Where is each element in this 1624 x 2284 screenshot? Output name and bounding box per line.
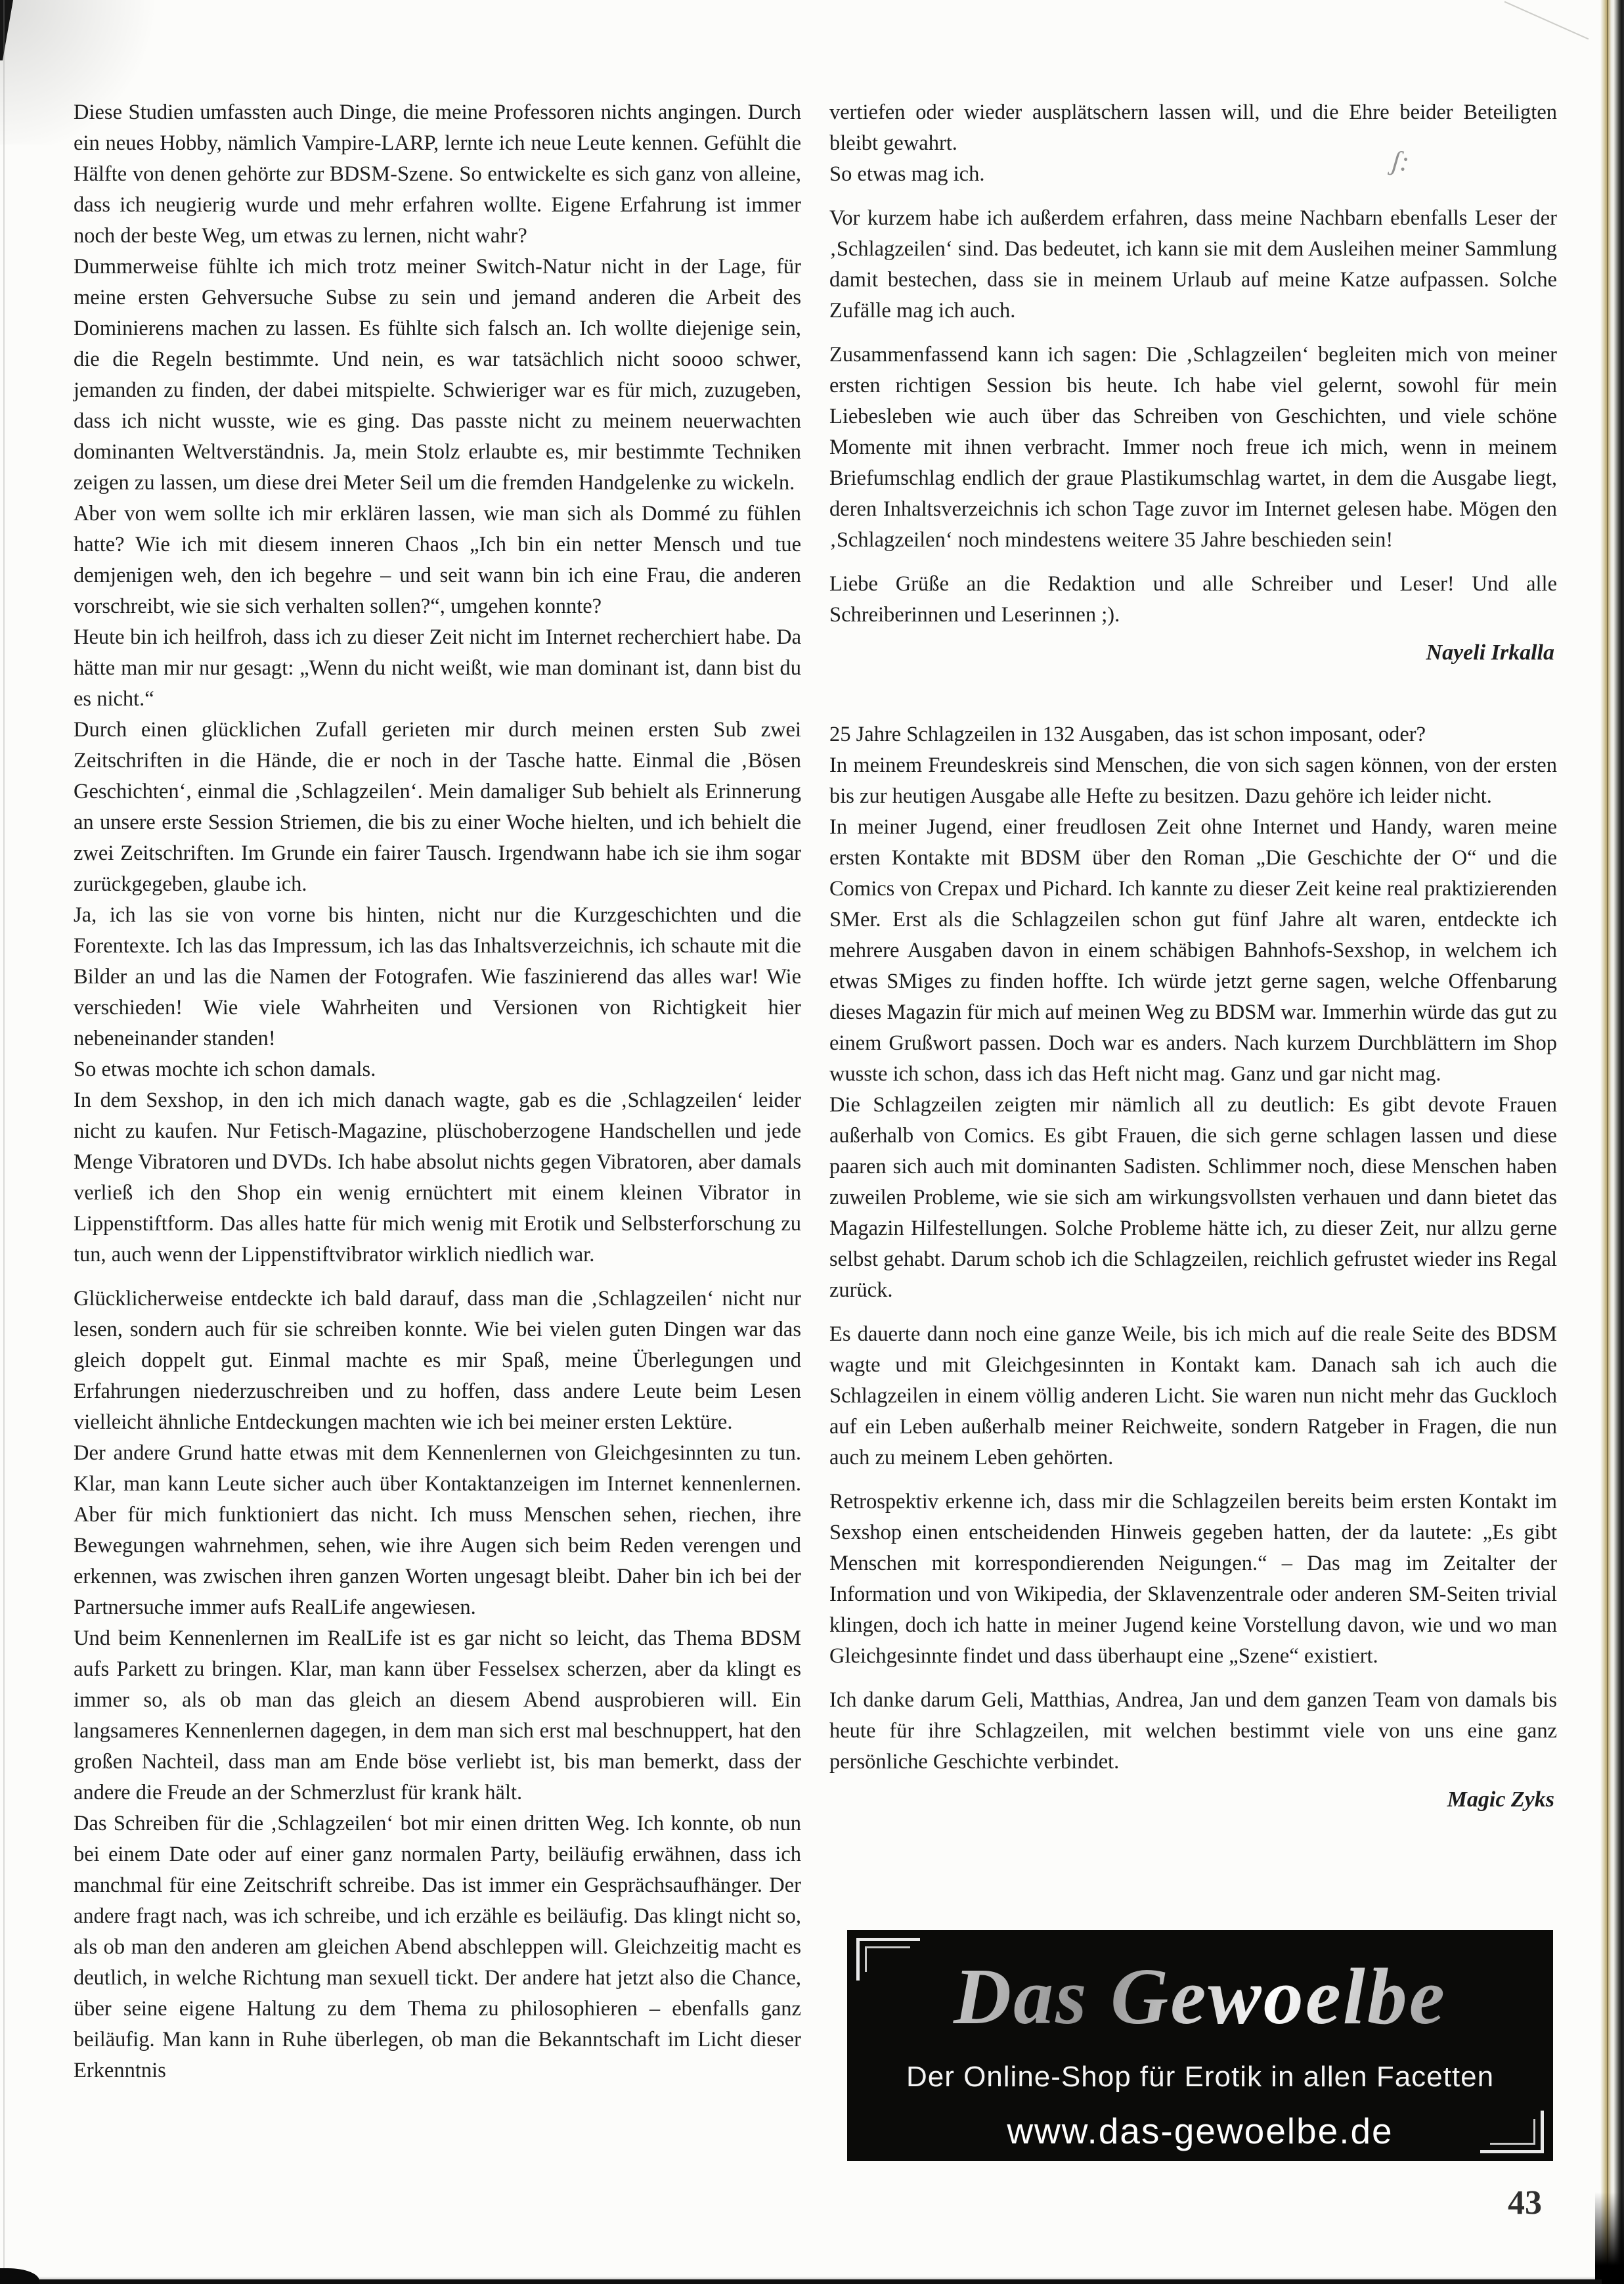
scan-edge-shadow: [1595, 2192, 1624, 2284]
paragraph: Vor kurzem habe ich außerdem erfahren, d…: [829, 203, 1557, 326]
scan-left-edge-line: [3, 0, 5, 2284]
paragraph: Heute bin ich heilfroh, dass ich zu dies…: [74, 622, 801, 715]
section-spacer: [829, 668, 1557, 719]
ad-corner-ornament-bottom-right: [1480, 2111, 1544, 2153]
scan-bottom-corner-mark: [0, 2268, 39, 2284]
magazine-page: ʃ: Diese Studien umfassten auch Dinge, d…: [0, 0, 1624, 2284]
author-signature: Nayeli Irkalla: [829, 637, 1557, 668]
paragraph: In meiner Jugend, einer freudlosen Zeit …: [829, 812, 1557, 1090]
paragraph: In dem Sexshop, in den ich mich danach w…: [74, 1085, 801, 1270]
paragraph-block: vertiefen oder wieder ausplätschern lass…: [829, 97, 1557, 190]
paragraph: Zusammenfassend kann ich sagen: Die ‚Sch…: [829, 340, 1557, 556]
paragraph: Aber von wem sollte ich mir erklären las…: [74, 499, 801, 622]
ad-subtitle: Der Online-Shop für Erotik in allen Face…: [847, 2061, 1553, 2093]
paragraph: In meinem Freundeskreis sind Menschen, d…: [829, 750, 1557, 812]
ad-das-gewoelbe: Das Gewoelbe Der Online-Shop für Erotik …: [847, 1930, 1553, 2161]
scan-page-edge-line: [1607, 0, 1608, 2284]
paragraph-block: Diese Studien umfassten auch Dinge, die …: [74, 97, 801, 1270]
paragraph: Und beim Kennenlernen im RealLife ist es…: [74, 1623, 801, 1808]
paragraph: Durch einen glücklichen Zufall gerieten …: [74, 715, 801, 900]
paragraph: Das Schreiben für die ‚Schlagzeilen‘ bot…: [74, 1808, 801, 2086]
paragraph-block: Retrospektiv erkenne ich, dass mir die S…: [829, 1487, 1557, 1672]
page-number: 43: [1508, 2183, 1542, 2222]
ad-corner-ornament-top-left: [856, 1938, 920, 1981]
scan-bottom-strip: [0, 2279, 1602, 2284]
paragraph-block: Vor kurzem habe ich außerdem erfahren, d…: [829, 203, 1557, 326]
paragraph-block: Ich danke darum Geli, Matthias, Andrea, …: [829, 1685, 1557, 1778]
paragraph-block: 25 Jahre Schlagzeilen in 132 Ausgaben, d…: [829, 719, 1557, 1306]
author-signature: Magic Zyks: [829, 1784, 1557, 1815]
paragraph: So etwas mochte ich schon damals.: [74, 1054, 801, 1085]
scan-scratch: [1504, 1, 1589, 40]
paragraph: Diese Studien umfassten auch Dinge, die …: [74, 97, 801, 252]
paragraph: vertiefen oder wieder ausplätschern lass…: [829, 97, 1557, 159]
paragraph-block: Liebe Grüße an die Redaktion und alle Sc…: [829, 569, 1557, 631]
paragraph: Es dauerte dann noch eine ganze Weile, b…: [829, 1319, 1557, 1473]
paragraph: Ja, ich las sie von vorne bis hinten, ni…: [74, 900, 801, 1054]
paragraph: Dummerweise fühlte ich mich trotz meiner…: [74, 252, 801, 499]
paragraph: Ich danke darum Geli, Matthias, Andrea, …: [829, 1685, 1557, 1778]
right-column: vertiefen oder wieder ausplätschern lass…: [829, 97, 1557, 1815]
paragraph: 25 Jahre Schlagzeilen in 132 Ausgaben, d…: [829, 719, 1557, 750]
paragraph-block: Es dauerte dann noch eine ganze Weile, b…: [829, 1319, 1557, 1473]
paragraph: Retrospektiv erkenne ich, dass mir die S…: [829, 1487, 1557, 1672]
paragraph: Der andere Grund hatte etwas mit dem Ken…: [74, 1438, 801, 1623]
paragraph: So etwas mag ich.: [829, 159, 1557, 190]
ad-title: Das Gewoelbe: [847, 1955, 1553, 2039]
paragraph: Liebe Grüße an die Redaktion und alle Sc…: [829, 569, 1557, 631]
paragraph: Glücklicherweise entdeckte ich bald dara…: [74, 1284, 801, 1438]
paragraph-block: Zusammenfassend kann ich sagen: Die ‚Sch…: [829, 340, 1557, 556]
paragraph-block: Glücklicherweise entdeckte ich bald dara…: [74, 1284, 801, 2086]
left-column: Diese Studien umfassten auch Dinge, die …: [74, 97, 801, 2086]
ad-url: www.das-gewoelbe.de: [847, 2111, 1553, 2151]
scan-page-edge: [1600, 0, 1624, 2284]
paragraph: Die Schlagzeilen zeigten mir nämlich all…: [829, 1090, 1557, 1306]
